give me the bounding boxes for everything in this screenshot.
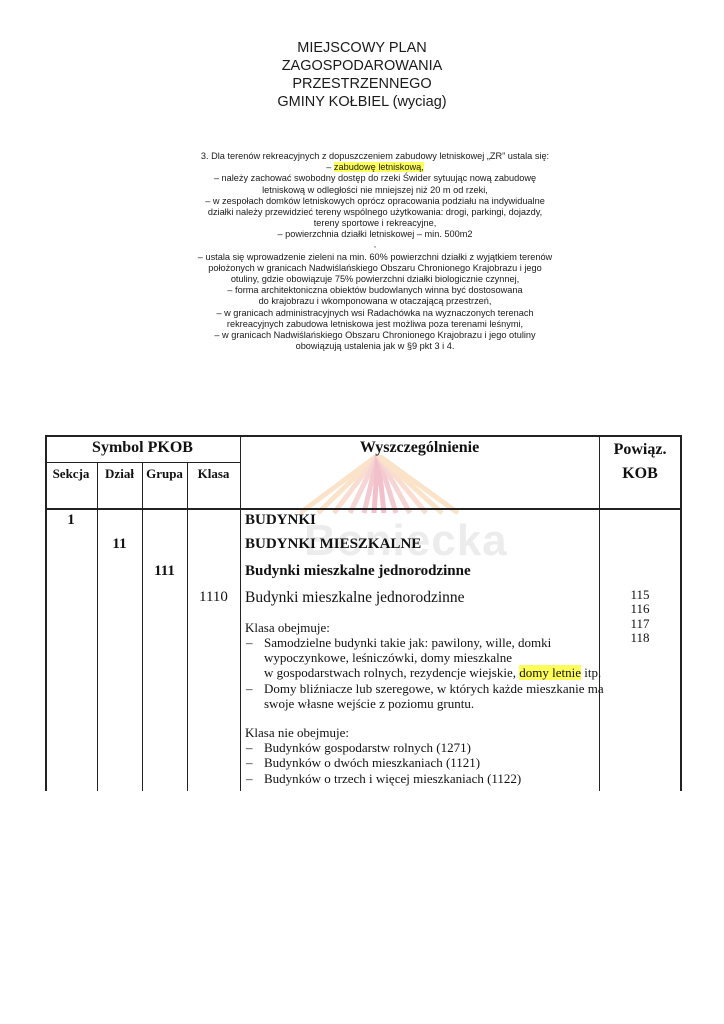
table-border-left bbox=[45, 435, 47, 791]
grupa-code: 111 bbox=[142, 563, 187, 580]
paragraph-line: do krajobrazu i wkomponowana w otaczając… bbox=[150, 296, 600, 307]
bullet: – bbox=[246, 681, 253, 697]
document-title: MIEJSCOWY PLAN ZAGOSPODAROWANIA PRZESTRZ… bbox=[0, 39, 724, 111]
header-wyszczegolnienie: Wyszczególnienie bbox=[240, 439, 599, 457]
paragraph-line: – ustala się wprowadzenie zieleni na min… bbox=[150, 252, 600, 263]
col-divider bbox=[187, 462, 188, 791]
dzial-code: 11 bbox=[97, 536, 142, 553]
text: itp. bbox=[581, 665, 601, 680]
pkob-classification-table: Symbol PKOB Sekcja Dział Grupa Klasa Wys… bbox=[45, 435, 682, 791]
header-kob: KOB bbox=[599, 465, 681, 483]
bullet: – bbox=[246, 635, 253, 651]
paragraph-intro: 3. Dla terenów rekreacyjnych z dopuszcze… bbox=[150, 151, 600, 162]
includes-item-1-line: w gospodarstwach rolnych, rezydencje wie… bbox=[264, 665, 601, 680]
includes-item-1-line: wypoczynkowe, leśniczówki, domy mieszkal… bbox=[264, 650, 512, 665]
paragraph-line: – w granicach Nadwiślańskiego Obszaru Ch… bbox=[150, 330, 600, 341]
title-line-2: ZAGOSPODAROWANIA bbox=[0, 57, 724, 75]
zr-regulations-paragraph: 3. Dla terenów rekreacyjnych z dopuszcze… bbox=[150, 151, 600, 352]
paragraph-line: – powierzchnia działki letniskowej – min… bbox=[150, 229, 600, 240]
sekcja-label: BUDYNKI bbox=[245, 512, 316, 529]
includes-item-2-line: Domy bliźniacze lub szeregowe, w których… bbox=[264, 681, 604, 696]
klasa-label: Budynki mieszkalne jednorodzinne bbox=[245, 589, 465, 607]
grupa-label: Budynki mieszkalne jednorodzinne bbox=[245, 563, 471, 580]
header-symbol-pkob: Symbol PKOB bbox=[45, 439, 240, 457]
title-line-4: GMINY KOŁBIEL (wyciag) bbox=[0, 93, 724, 111]
col-divider bbox=[240, 435, 241, 791]
title-line-1: MIEJSCOWY PLAN bbox=[0, 39, 724, 57]
paragraph-line: letniskową w odległości nie mniejszej ni… bbox=[150, 185, 600, 196]
kob-code: 116 bbox=[599, 602, 681, 617]
excludes-item: Budynków o trzech i więcej mieszkaniach … bbox=[264, 771, 521, 786]
text: w gospodarstwach rolnych, rezydencje wie… bbox=[264, 665, 519, 680]
header-grupa: Grupa bbox=[142, 466, 187, 482]
highlighted-text: domy letnie bbox=[519, 665, 581, 680]
klasa-code: 1110 bbox=[187, 589, 240, 606]
header-dzial: Dział bbox=[97, 466, 142, 482]
stray-mark: , bbox=[150, 241, 600, 252]
paragraph-line: obowiązują ustalenia jak w §9 pkt 3 i 4. bbox=[150, 341, 600, 352]
header-powiaz: Powiąz. bbox=[599, 441, 681, 459]
paragraph-line: rekreacyjnych zabudowa letniskowa jest m… bbox=[150, 319, 600, 330]
paragraph-highlight-line: – zabudowę letniskową, bbox=[150, 162, 600, 173]
col-divider bbox=[142, 462, 143, 791]
paragraph-line: działki należy przewidzieć tereny wspóln… bbox=[150, 207, 600, 218]
col-divider bbox=[97, 462, 98, 791]
sekcja-code: 1 bbox=[45, 512, 97, 529]
paragraph-line: – w zespołach domków letniskowych oprócz… bbox=[150, 196, 600, 207]
table-border-top bbox=[45, 435, 682, 437]
includes-item-2-line: swoje własne wejście z poziomu gruntu. bbox=[264, 696, 474, 711]
excludes-item: Budynków gospodarstw rolnych (1271) bbox=[264, 740, 471, 755]
excludes-heading: Klasa nie obejmuje: bbox=[245, 725, 349, 740]
paragraph-line: tereny sportowe i rekreacyjne, bbox=[150, 218, 600, 229]
excludes-item: Budynków o dwóch mieszkaniach (1121) bbox=[264, 755, 480, 770]
bullet: – bbox=[246, 755, 253, 771]
includes-heading: Klasa obejmuje: bbox=[245, 620, 330, 635]
kob-code: 118 bbox=[599, 631, 681, 646]
dzial-label: BUDYNKI MIESZKALNE bbox=[245, 536, 421, 553]
includes-item-1-line: Samodzielne budynki takie jak: pawilony,… bbox=[264, 635, 551, 650]
highlighted-text: zabudowę letniskową, bbox=[334, 162, 424, 172]
bullet: – bbox=[246, 740, 253, 756]
header-sekcja: Sekcja bbox=[45, 466, 97, 482]
paragraph-line: – forma architektoniczna obiektów budowl… bbox=[150, 285, 600, 296]
title-line-3: PRZESTRZENNEGO bbox=[0, 75, 724, 93]
header-klasa: Klasa bbox=[187, 466, 240, 482]
paragraph-line: – należy zachować swobodny dostęp do rze… bbox=[150, 173, 600, 184]
bullet: – bbox=[246, 771, 253, 787]
paragraph-line: otuliny, gdzie obowiązuje 75% powierzchn… bbox=[150, 274, 600, 285]
paragraph-line: – w granicach administracyjnych wsi Rada… bbox=[150, 308, 600, 319]
paragraph-line: położonych w granicach Nadwiślańskiego O… bbox=[150, 263, 600, 274]
dash: – bbox=[326, 162, 334, 172]
header-bottom-border bbox=[45, 508, 682, 510]
